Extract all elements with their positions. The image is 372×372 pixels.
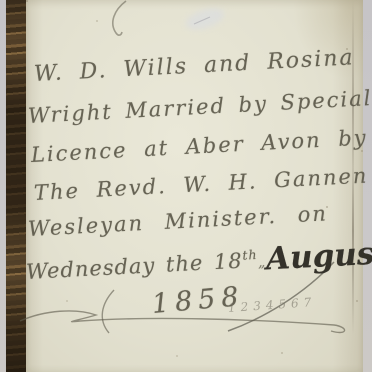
book-binding-edge [6,0,28,372]
date-ordinal: th [242,247,258,263]
foxing-specks [26,0,28,2]
photo-of-book-flyleaf: W. D. Wills and Rosina Wright Married by… [0,0,372,372]
month-word: August. [265,234,372,277]
